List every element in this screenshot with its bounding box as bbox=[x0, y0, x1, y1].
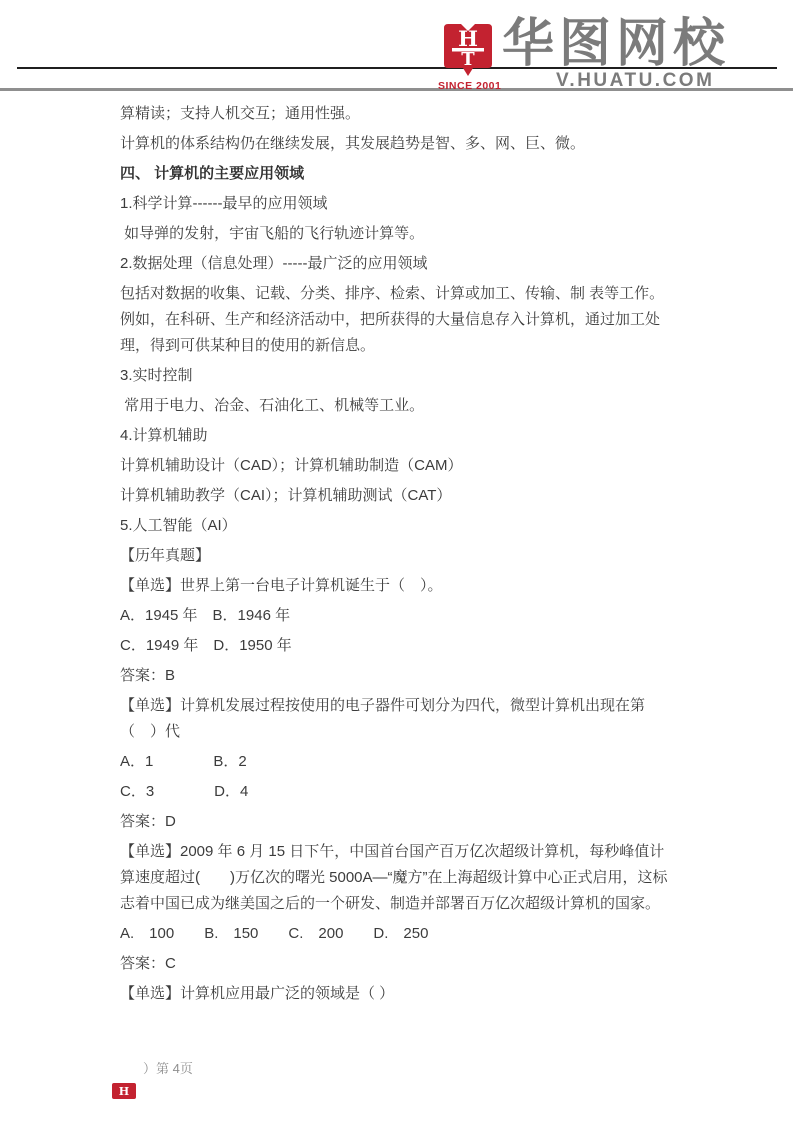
logo-monogram-t: T bbox=[461, 49, 475, 70]
list-item-4: 4.计算机辅助 bbox=[120, 423, 668, 449]
brand-site-url: V.HUATU.COM bbox=[556, 70, 714, 92]
list-item-1: 1.科学计算------最早的应用领域 bbox=[120, 191, 668, 217]
question-4: 【单选】计算机应用最广泛的领域是（ ） bbox=[120, 981, 668, 1007]
question-1-options-ab: A．1945 年 B．1946 年 bbox=[120, 603, 668, 629]
list-item-3: 3.实时控制 bbox=[120, 363, 668, 389]
page-number-label: ）第 4页 bbox=[143, 1058, 193, 1077]
paragraph: 包括对数据的收集、记载、分类、排序、检索、计算或加工、传输、制 表等工作。例如，… bbox=[120, 281, 668, 359]
question-3-answer: 答案：C bbox=[120, 951, 668, 977]
document-body: 算精读；支持人机交互；通用性强。 计算机的体系结构仍在继续发展，其发展趋势是智、… bbox=[120, 101, 668, 1011]
question-2-options-ab: A．1 B．2 bbox=[120, 749, 668, 775]
question-3: 【单选】2009 年 6 月 15 日下午，中国首台国产百万亿次超级计算机，每秒… bbox=[120, 839, 668, 917]
past-exam-heading: 【历年真题】 bbox=[120, 543, 668, 569]
question-1: 【单选】世界上第一台电子计算机诞生于（ ）。 bbox=[120, 573, 668, 599]
paragraph: 计算机辅助教学（CAI）；计算机辅助测试（CAT） bbox=[120, 483, 668, 509]
question-2-answer: 答案：D bbox=[120, 809, 668, 835]
list-item-5: 5.人工智能（AI） bbox=[120, 513, 668, 539]
logo-monogram-h: H bbox=[458, 26, 478, 51]
paragraph: 如导弹的发射，宇宙飞船的飞行轨迹计算等。 bbox=[120, 221, 668, 247]
paragraph: 计算机的体系结构仍在继续发展，其发展趋势是智、多、网、巨、微。 bbox=[120, 131, 668, 157]
section-heading: 四、 计算机的主要应用领域 bbox=[120, 161, 668, 187]
question-3-options: A. 100 B. 150 C. 200 D. 250 bbox=[120, 921, 668, 947]
list-item-2: 2.数据处理（信息处理）-----最广泛的应用领域 bbox=[120, 251, 668, 277]
question-1-answer: 答案：B bbox=[120, 663, 668, 689]
document-page: H T SINCE 2001 华图网校 V.HUATU.COM 算精读；支持人机… bbox=[0, 0, 793, 1122]
logo-since-label: SINCE 2001 bbox=[438, 80, 498, 92]
question-2: 【单选】计算机发展过程按使用的电子器件可划分为四代，微型计算机出现在第（ ）代 bbox=[120, 693, 668, 745]
huatu-mini-logo-icon: H bbox=[112, 1083, 136, 1099]
paragraph: 常用于电力、冶金、石油化工、机械等工业。 bbox=[120, 393, 668, 419]
brand-wordmark: 华图网校 bbox=[502, 18, 730, 70]
question-2-options-cd: C．3 D．4 bbox=[120, 779, 668, 805]
paragraph: 计算机辅助设计（CAD）；计算机辅助制造（CAM） bbox=[120, 453, 668, 479]
svg-text:H: H bbox=[119, 1085, 129, 1098]
question-1-options-cd: C．1949 年 D．1950 年 bbox=[120, 633, 668, 659]
paragraph-continuation: 算精读；支持人机交互；通用性强。 bbox=[120, 101, 668, 127]
huatu-logo-icon: H T bbox=[442, 22, 494, 78]
